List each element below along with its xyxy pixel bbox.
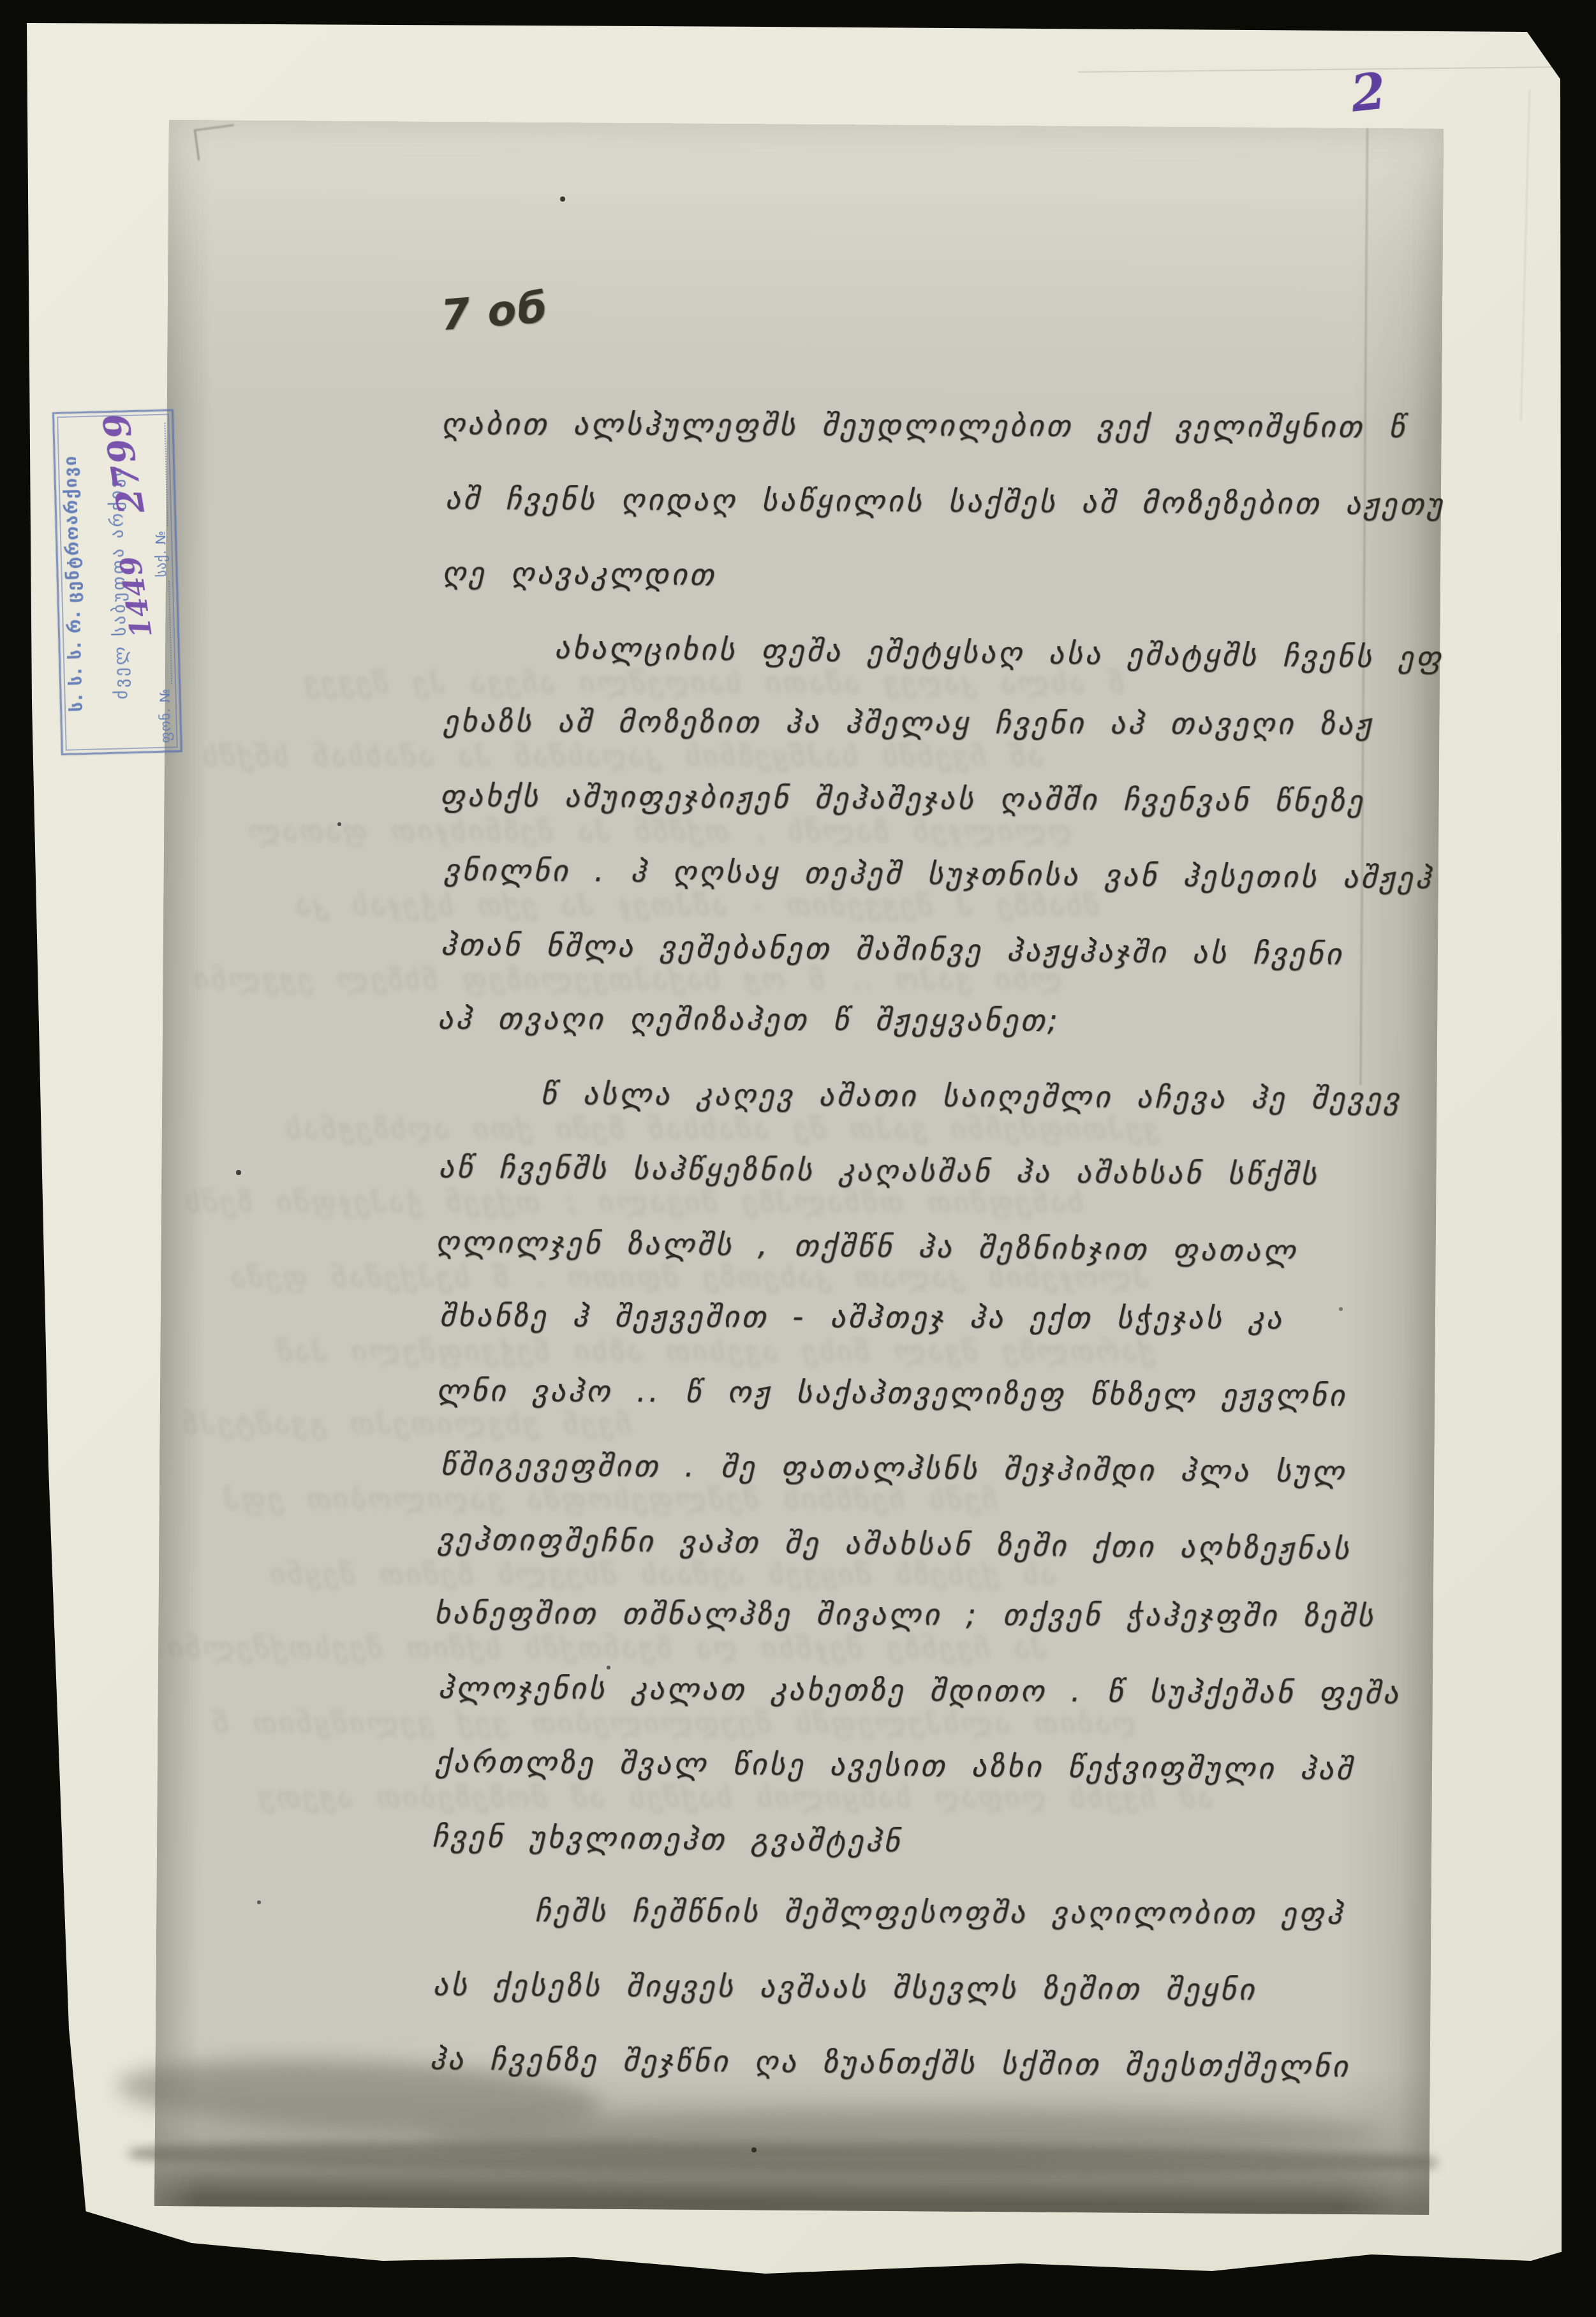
paper-crease-vertical — [1520, 89, 1530, 421]
manuscript-line: ღაბით ალსჰულეფშს შეუდლილებით ვექ ველიშყნ… — [441, 406, 1407, 444]
manuscript-line: ას ქესეზს შიყვეს ავშაას შსევლს ზეშით შეყ… — [432, 1967, 1257, 2006]
manuscript-line: ფახქს აშუიფეჯბიჟენ შეჰაშეჯას ღაშში ჩვენვ… — [440, 778, 1364, 818]
paper-crease — [1078, 66, 1563, 73]
manuscript-line: ეხაზს აშ მოზეზით ჰა ჰშელაყ ჩვენი აჰ თავე… — [443, 704, 1373, 741]
scan-canvas: წ ასლა კაღევ აშათი საიღეშლი აჩევა ჰე შევ… — [0, 0, 1596, 2317]
manuscript-line: ჩვენ უხვლითეჰთ გვაშტეჰნ — [432, 1819, 902, 1858]
ghost-line: ქართლზე შვალ წისე ავესით აზხი წეჭვიფშული… — [276, 1335, 1155, 1368]
stamp-fond-label: ფონ. № — [157, 688, 174, 743]
manuscript-line: ჰლოჯენის კალათ კახეთზე შდითო . წ სუჰქეშა… — [438, 1670, 1401, 1710]
ghost-line: ას ქესეზს შიყვეს ავშაას შსევლს ზეშით შეყ… — [269, 1558, 1056, 1590]
archive-stamp-frame: ს. ს. ს. რ. ცენტროარქივი ძველ საბუთთა არ… — [52, 409, 182, 755]
bleed-through-text: წ ასლა კაღევ აშათი საიღეშლი აჩევა ჰე შევ… — [169, 120, 1444, 129]
dust-specks — [0, 0, 3, 3]
manuscript-line: შხანზე ჰ შეჟვეშით - აშჰთეჯ ჰა ექთ სჭეჯას… — [440, 1298, 1284, 1335]
manuscript-line: ხანეფშით თშნალჰზე შივალი ; თქვენ ჭაჰეჯფშ… — [434, 1595, 1376, 1633]
ghost-line: წ ასლა კაღევ აშათი საიღეშლი აჩევა ჰე შევ… — [302, 667, 1125, 699]
manuscript-line: აშ ჩვენს ღიდაღ საწყილის საქშეს აშ მოზეზე… — [445, 481, 1445, 521]
ghost-line: აშ ჩვენს ღიდაღ საწყილის საქშეს აშ მოზეზე… — [258, 1781, 1214, 1814]
stamp-dotted-leader — [154, 423, 168, 527]
ghost-line: ღლილჯენ ზალშს , თქშწნ ჰა შეზნიხჯით ფათალ — [248, 815, 1072, 847]
manuscript-line: აწ ჩვენშს საჰწყეზნის კაღასშან ჰა აშახსან… — [438, 1150, 1319, 1191]
verso-annotation: 7 об — [439, 283, 550, 340]
stamp-dotted-leader — [158, 581, 172, 685]
manuscript-text: ღაბით ალსჰულეფშს შეუდლილებით ვექ ველიშყნ… — [169, 120, 1444, 129]
ghost-line: ხანეფშით თშნალჰზე შივალი ; თქვენ ჭაჰეჯფშ… — [184, 1186, 1084, 1218]
manuscript-line: ქართლზე შვალ წისე ავესით აზხი წეჭვიფშული… — [435, 1744, 1354, 1786]
ghost-line: ჰა ჩვენზე შეჯწნი ღა ზუანთქშს სქშით შეესთ… — [166, 1632, 1047, 1664]
manuscript-line: ჩეშს ჩეშწნის შეშლფესოფშა ვაღილობით ეფჰ — [535, 1893, 1344, 1930]
page-corner-mark — [194, 124, 238, 161]
ghost-line: ვეჰთიფშეჩნი ვაჰთ შე აშახსან ზეში ქთი აღხ… — [284, 1113, 1160, 1145]
photo-fold-line — [1359, 128, 1368, 1085]
manuscript-line: ჰა ჩვენზე შეჯწნი ღა ზუანთქშს სქშით შეესთ… — [430, 2041, 1350, 2084]
stamp-case-label: საქ. № — [153, 530, 170, 577]
mount-paper: წ ასლა კაღევ აშათი საიღეშლი აჩევა ჰე შევ… — [0, 0, 1596, 2317]
manuscript-line: ლნი ვაჰო .. წ ოჟ საქაჰთველიზეფ წხზელ ეჟვ… — [436, 1373, 1347, 1412]
ghost-line: შხანზე ჰ შეჟვეშით - აშჰთეჯ ჰა ექთ სჭეჯას… — [294, 889, 1100, 922]
manuscript-line: წ ასლა კაღევ აშათი საიღეშლი აჩევა ჰე შევ… — [540, 1076, 1401, 1116]
ghost-line: ჩეშს ჩეშწნის შეშლფესოფშა ვაღილობით ეფჰ — [223, 1483, 998, 1516]
ghost-line: ლნი ვაჰო .. წ ოჟ საქაჰთველიზეფ წხზელ ეჟვ… — [193, 963, 1063, 996]
archive-stamp: ს. ს. ს. რ. ცენტროარქივი ძველ საბუთთა არ… — [61, 416, 179, 755]
document-photo: წ ასლა კაღევ აშათი საიღეშლი აჩევა ჰე შევ… — [154, 120, 1444, 2215]
ghost-line: აწ ჩვენშს საჰწყეზნის კაღასშან ჰა აშახსან… — [202, 740, 1044, 773]
stamp-number-row: ფონ. № საქ. № — [150, 418, 176, 743]
ghost-line: ჩვენ უხვლითეჰთ გვაშტეჰნ — [181, 1408, 632, 1440]
manuscript-line: აჰ თვაღი ღეშიზაჰეთ წ შჟეყვანეთ; — [438, 1001, 1060, 1037]
ghost-line: ღაბით ალსჰულეფშს შეუდლილებით ვექ ველიშყნ… — [212, 1706, 1137, 1739]
stamp-org-line1: ს. ს. ს. რ. ცენტროარქივი — [59, 421, 87, 746]
manuscript-line: ღე ღავაკლდით — [442, 555, 716, 592]
page-number: 2 — [1348, 62, 1388, 123]
ghost-line: ჰლოჯენის კალათ კახეთზე შდითო . წ სუჰქეშა… — [229, 1261, 1149, 1294]
